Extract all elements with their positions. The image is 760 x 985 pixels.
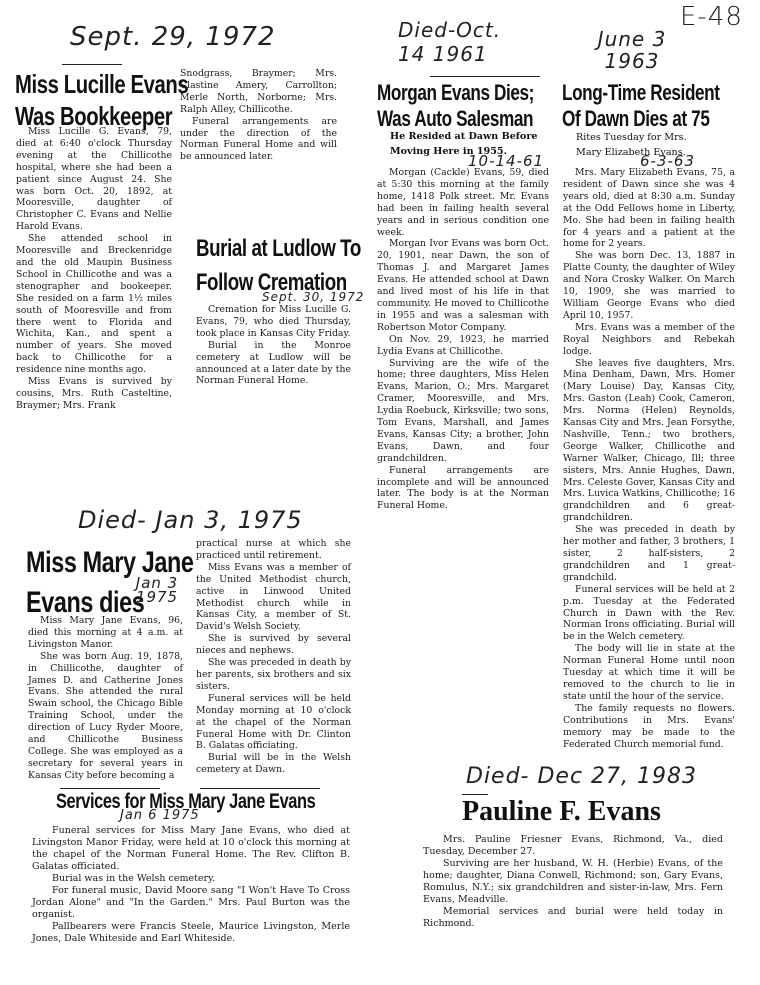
handwritten-date: Jan 6 1975: [120, 808, 200, 823]
divider: [60, 788, 160, 789]
paragraph: Mrs. Evans was a member of the Royal Nei…: [563, 322, 735, 358]
handwritten-date: June 3 1963: [592, 28, 672, 72]
paragraph: She was preceded in death by her parents…: [196, 657, 351, 693]
paragraph: Cremation for Miss Lucille G. Evans, 79,…: [196, 304, 351, 340]
paragraph: Pallbearers were Francis Steele, Maurice…: [32, 921, 350, 945]
paragraph: She was born Aug. 19, 1878, in Chillicot…: [28, 651, 183, 782]
subheadline-line: Rites Tuesday for Mrs.: [576, 130, 736, 145]
article-body: Morgan (Cackle) Evans, 59, died at 5:30 …: [377, 167, 549, 512]
paragraph: Morgan Ivor Evans was born Oct. 20, 1901…: [377, 238, 549, 333]
paragraph: Miss Mary Jane Evans, 96, died this morn…: [28, 615, 183, 651]
article-body: Miss Mary Jane Evans, 96, died this morn…: [28, 615, 183, 782]
divider: [62, 64, 122, 65]
paragraph: Funeral services will be held at 2 p.m. …: [563, 584, 735, 644]
headline: Long-Time Resident Of Dawn Dies at 75: [562, 80, 720, 132]
handwritten-date-text: Died-Oct. 14 1961: [398, 18, 501, 66]
paragraph: Burial in the Monroe cemetery at Ludlow …: [196, 340, 351, 388]
headline-line: Miss Lucille Evans: [15, 68, 188, 100]
paragraph: She leaves five daughters, Mrs. Mina Den…: [563, 358, 735, 525]
handwritten-date: Died- Dec 27, 1983: [466, 764, 697, 789]
paragraph: Miss Evans was a member of the United Me…: [196, 562, 351, 633]
article-body: Mrs. Pauline Friesner Evans, Richmond, V…: [423, 834, 723, 930]
paragraph: Surviving are her husband, W. H. (Herbie…: [423, 858, 723, 906]
paragraph: Burial will be in the Welsh cemetery at …: [196, 752, 351, 776]
handwritten-date: Sept. 30, 1972: [262, 290, 364, 304]
headline: Miss Lucille Evans Was Bookkeeper: [15, 68, 188, 132]
paragraph: Surviving are the wife of the home; thre…: [377, 358, 549, 465]
headline-line: Pauline F. Evans: [462, 796, 661, 827]
article-body: Miss Lucille G. Evans, 79, died at 6:40 …: [16, 126, 172, 412]
paragraph: Funeral arrangements are incomplete and …: [377, 465, 549, 513]
paragraph: She is survived by several nieces and ne…: [196, 633, 351, 657]
headline-line: Burial at Ludlow To: [196, 232, 361, 266]
handwritten-date: Died- Jan 3, 1975: [78, 506, 303, 534]
divider: [462, 794, 488, 795]
headline-line: Morgan Evans Dies;: [377, 80, 534, 106]
handwritten-date: Sept. 29, 1972: [70, 22, 276, 52]
article-body: Mrs. Mary Elizabeth Evans, 75, a residen…: [563, 167, 735, 750]
article-body: Cremation for Miss Lucille G. Evans, 79,…: [196, 304, 351, 387]
handwritten-date: Jan 3 1975: [132, 576, 182, 604]
divider: [430, 76, 540, 77]
paragraph: She attended school in Mooresville and B…: [16, 233, 172, 376]
paragraph: Memorial services and burial were held t…: [423, 906, 723, 930]
paragraph: Mrs. Mary Elizabeth Evans, 75, a residen…: [563, 167, 735, 250]
paragraph: Miss Lucille G. Evans, 79, died at 6:40 …: [16, 126, 172, 233]
headline-line: Long-Time Resident: [562, 80, 720, 106]
headline-line: Of Dawn Dies at 75: [562, 106, 720, 132]
handwritten-date: Died-Oct. 14 1961: [398, 18, 518, 66]
paragraph: She was born Dec. 13, 1887 in Platte Cou…: [563, 250, 735, 321]
paragraph: Burial was in the Welsh cemetery.: [32, 873, 350, 885]
article-body: Snodgrass, Braymer; Mrs. Clastine Amery,…: [180, 68, 337, 163]
paragraph: Morgan (Cackle) Evans, 59, died at 5:30 …: [377, 167, 549, 238]
paragraph: Funeral services for Miss Mary Jane Evan…: [32, 825, 350, 873]
headline: Pauline F. Evans: [462, 796, 661, 828]
page-label: E-48: [680, 2, 743, 32]
paragraph: On Nov. 29, 1923, he married Lydia Evans…: [377, 334, 549, 358]
article-body: practical nurse at which she practiced u…: [196, 538, 351, 776]
subheadline-line: He Resided at Dawn Before: [390, 129, 550, 144]
paragraph: For funeral music, David Moore sang "I W…: [32, 885, 350, 921]
paragraph: Miss Evans is survived by cousins, Mrs. …: [16, 376, 172, 412]
divider: [200, 788, 320, 789]
paragraph: The body will lie in state at the Norman…: [563, 643, 735, 703]
paragraph: Funeral services will be held Monday mor…: [196, 693, 351, 753]
paragraph: She was preceded in death by her mother …: [563, 524, 735, 584]
paragraph: Snodgrass, Braymer; Mrs. Clastine Amery,…: [180, 68, 337, 116]
paragraph: Mrs. Pauline Friesner Evans, Richmond, V…: [423, 834, 723, 858]
paragraph: The family requests no flowers. Contribu…: [563, 703, 735, 751]
paragraph: practical nurse at which she practiced u…: [196, 538, 351, 562]
paragraph: Funeral arrangements are under the direc…: [180, 116, 337, 164]
article-body: Funeral services for Miss Mary Jane Evan…: [32, 825, 350, 945]
headline: Morgan Evans Dies; Was Auto Salesman: [377, 80, 534, 132]
